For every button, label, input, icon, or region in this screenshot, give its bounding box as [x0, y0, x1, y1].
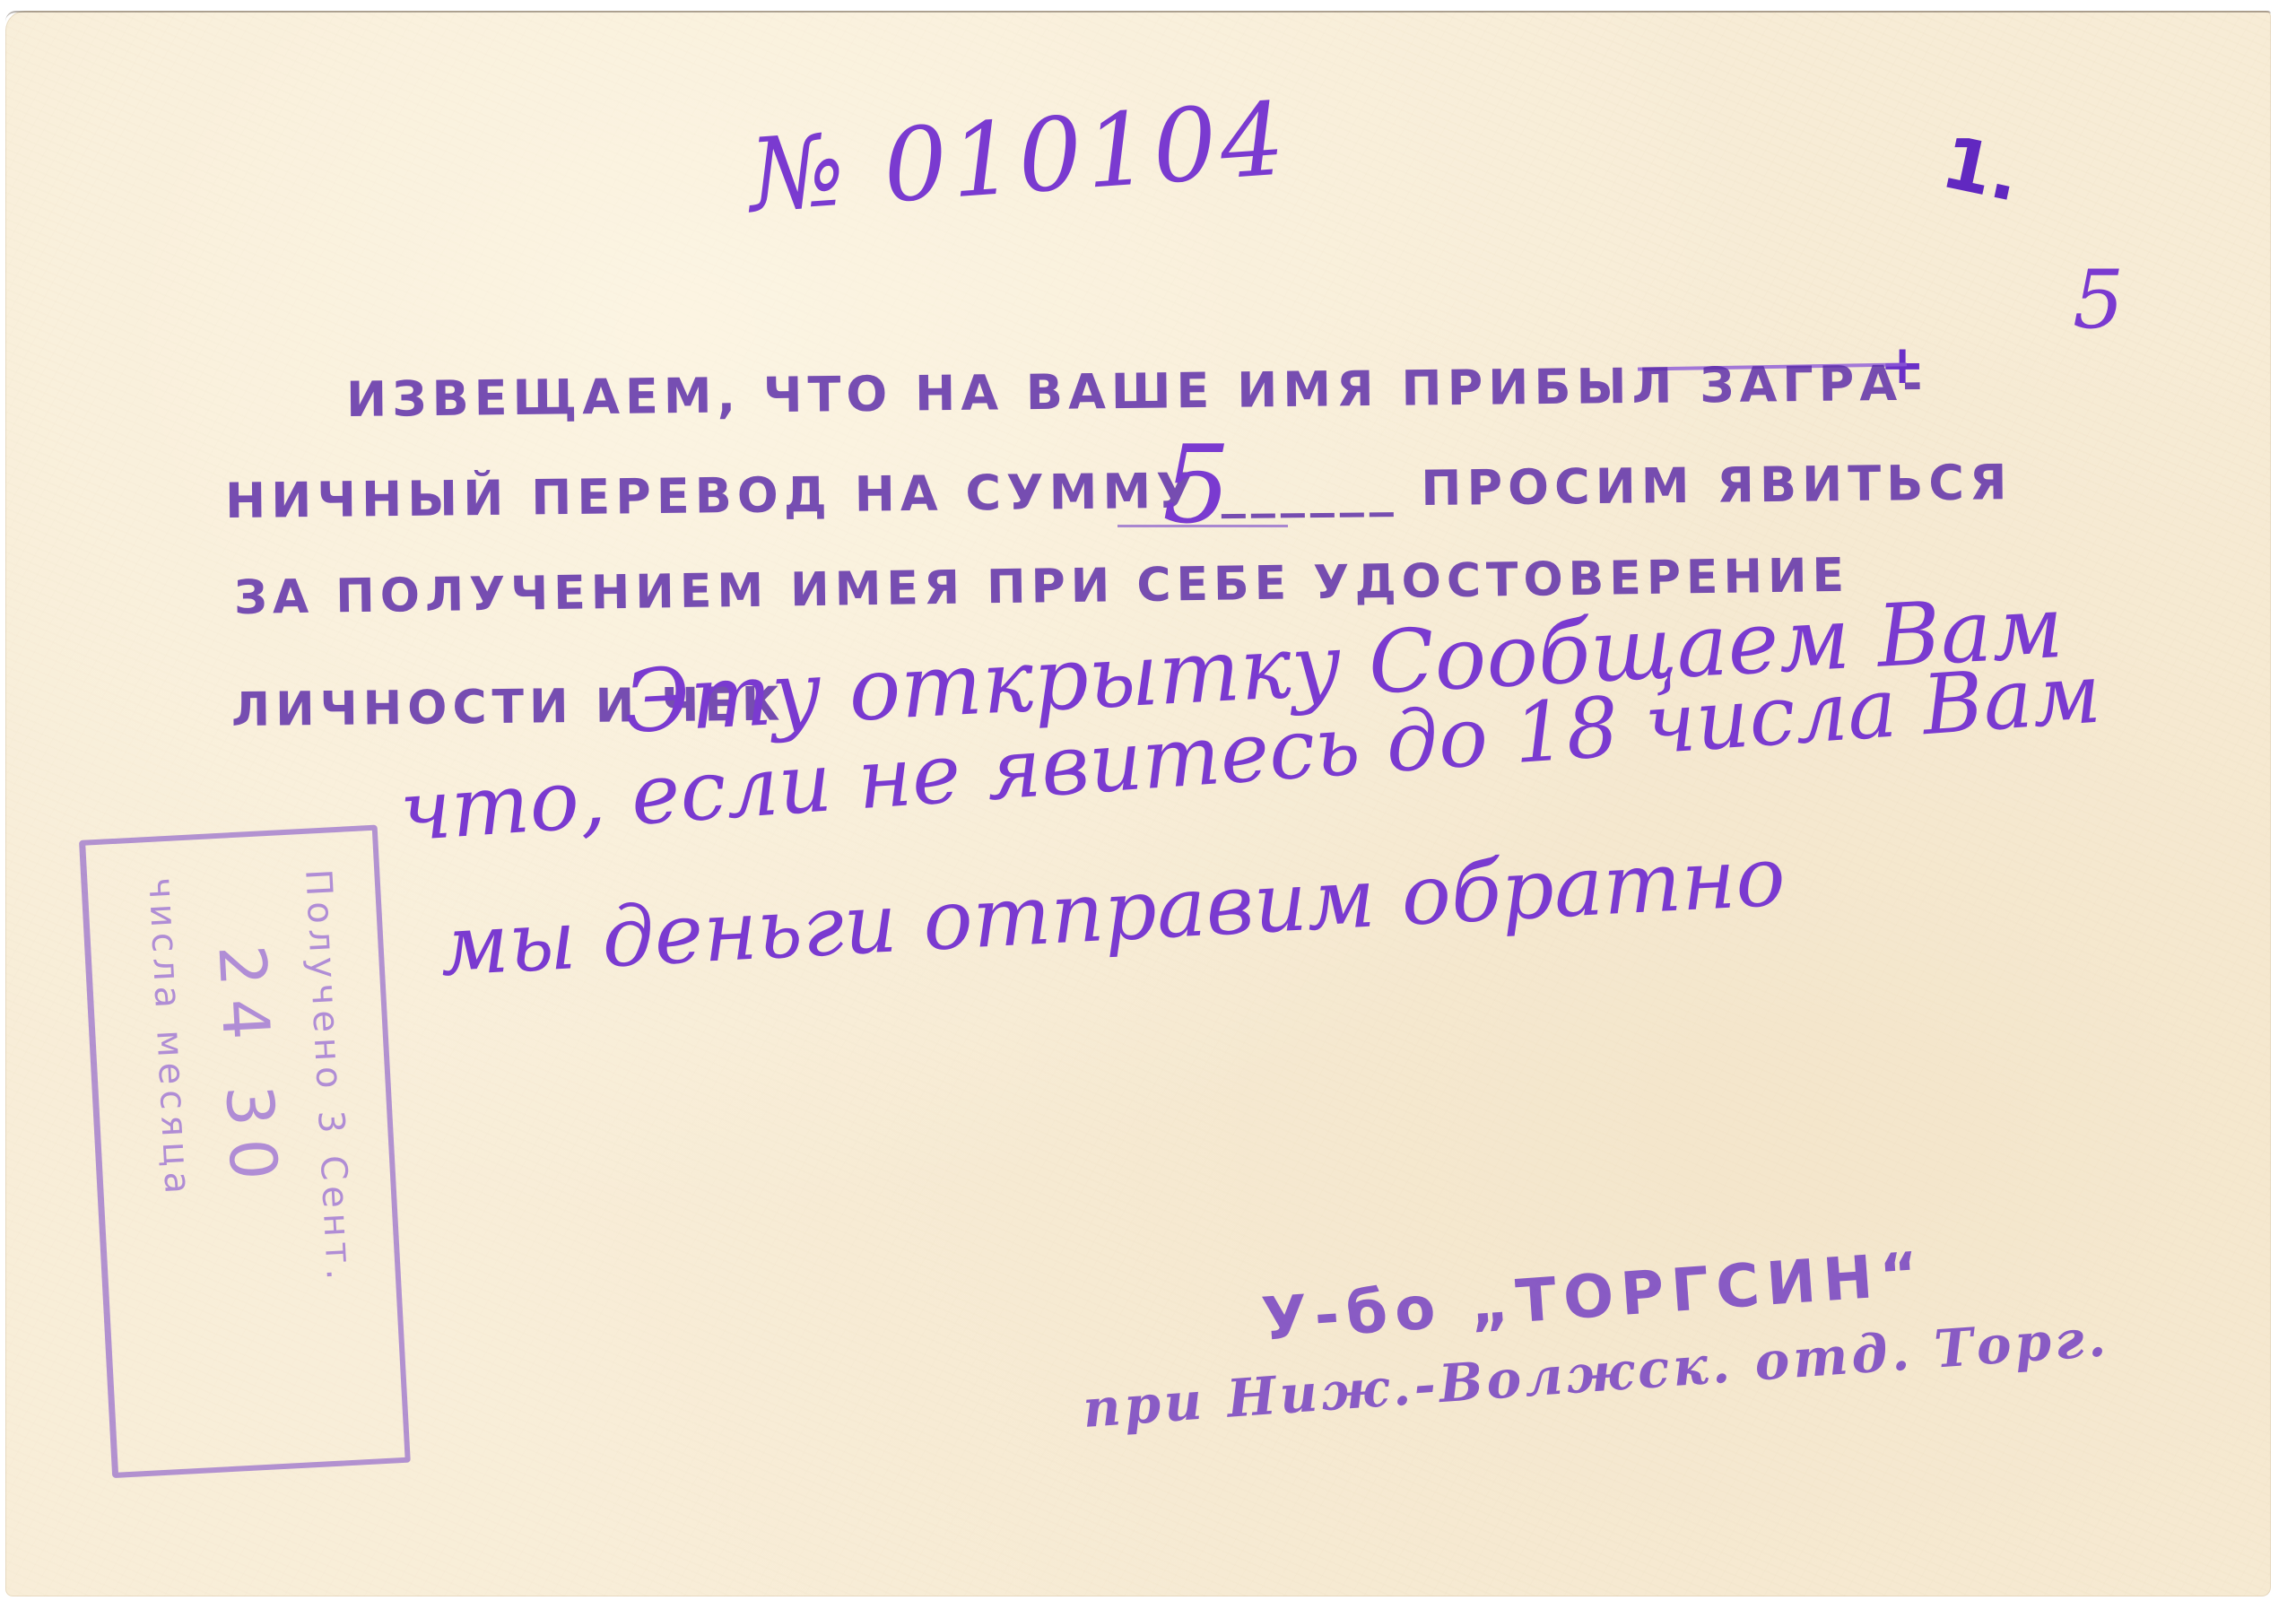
- date-stamp-line-1: Получено 3 Сент.: [297, 868, 360, 1286]
- scan-background: № 010104 1. 5 + ИЗВЕЩАЕМ, ЧТО НА ВАШЕ ИМ…: [0, 0, 2296, 1618]
- notice-card: № 010104 1. 5 + ИЗВЕЩАЕМ, ЧТО НА ВАШЕ ИМ…: [5, 11, 2271, 1596]
- date-stamp: Получено 3 Сент. 24 30 числа месяца: [79, 825, 411, 1478]
- date-stamp-date: 24 30: [204, 943, 291, 1194]
- printed-line-1: ИЗВЕЩАЕМ, ЧТО НА ВАШЕ ИМЯ ПРИБЫЛ ЗАГРА-: [346, 355, 1928, 428]
- printed-line-2: НИЧНЫЙ ПЕРЕВОД НА СУММУ ______ ПРОСИМ ЯВ…: [225, 454, 2013, 529]
- date-stamp-content: Получено 3 Сент. 24 30 числа месяца: [85, 831, 404, 1473]
- handwritten-line-3: мы деньги отправим обратно: [438, 828, 1787, 994]
- corner-mark-five: 5: [2073, 253, 2124, 347]
- amount-handwritten: 5: [1162, 423, 1231, 548]
- document-number: № 010104: [745, 81, 1291, 235]
- amount-underline: [1118, 525, 1288, 527]
- corner-mark-one: 1.: [1935, 120, 2028, 218]
- date-stamp-line-3: числа месяца: [140, 876, 198, 1200]
